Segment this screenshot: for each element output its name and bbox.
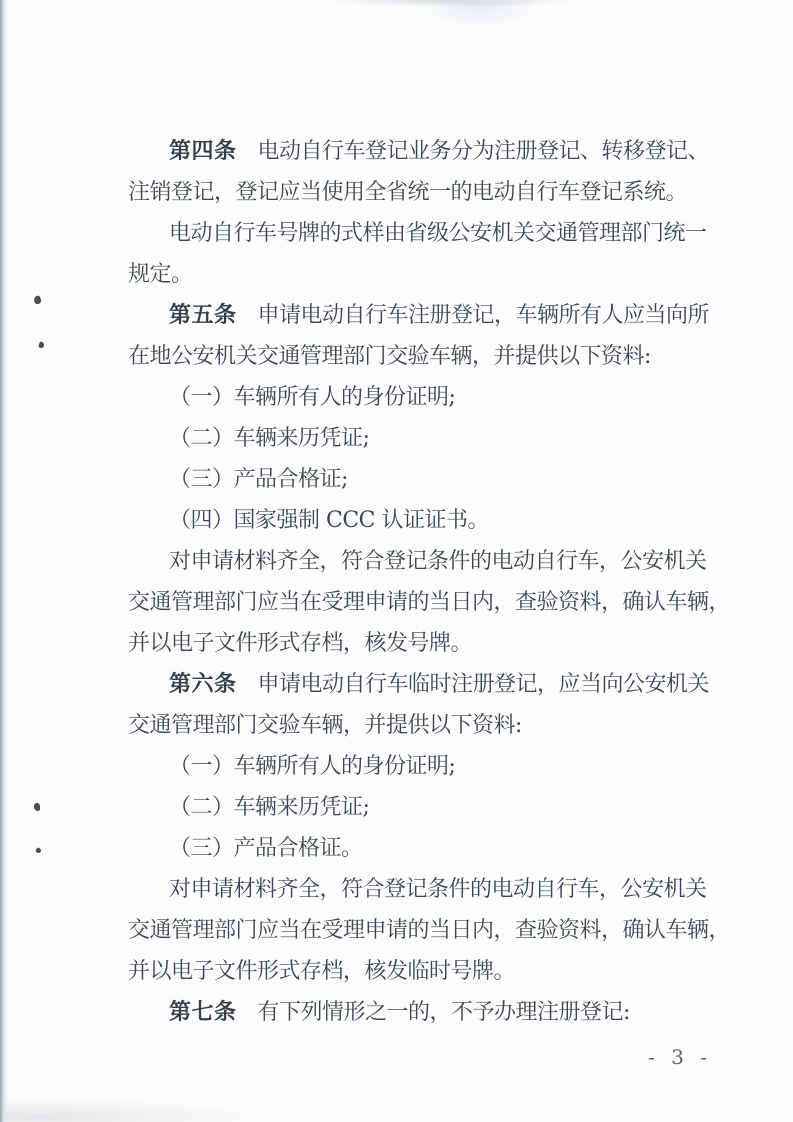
article-number: 第七条 [169, 1000, 237, 1025]
text-line: （一）车辆所有人的身份证明; [128, 746, 728, 787]
line-text: （三）产品合格证。 [169, 836, 363, 861]
text-line: 电动自行车号牌的式样由省级公安机关交通管理部门统一 [128, 213, 728, 254]
scan-smudge-bottom-left [0, 1098, 260, 1122]
line-text: 有下列情形之一的，不予办理注册登记: [258, 1000, 630, 1025]
text-line: 交通管理部门交验车辆，并提供以下资料: [128, 705, 728, 746]
article-number: 第五条 [169, 303, 237, 328]
line-text: （三）产品合格证; [169, 467, 348, 492]
line-text: （四）国家强制 CCC 认证证书。 [169, 508, 489, 533]
ink-speck [33, 803, 40, 812]
ink-speck [35, 847, 42, 854]
document-body: 第四条电动自行车登记业务分为注册登记、转移登记、 注销登记，登记应当使用全省统一… [128, 131, 728, 1033]
line-text: （一）车辆所有人的身份证明; [169, 385, 455, 410]
line-text: 电动自行车登记业务分为注册登记、转移登记、 [258, 139, 710, 164]
text-line: 第七条有下列情形之一的，不予办理注册登记: [128, 992, 728, 1033]
line-text: 交通管理部门应当在受理申请的当日内，查验资料，确认车辆， [128, 918, 730, 943]
text-line: （二）车辆来历凭证; [128, 787, 728, 828]
ink-speck [33, 295, 43, 305]
line-text: 电动自行车号牌的式样由省级公安机关交通管理部门统一 [169, 221, 707, 246]
text-line: 规定。 [128, 254, 728, 295]
line-text: 注销登记，登记应当使用全省统一的电动自行车登记系统。 [128, 180, 687, 205]
text-line: 交通管理部门应当在受理申请的当日内，查验资料，确认车辆， [128, 910, 728, 951]
text-line: 并以电子文件形式存档，核发临时号牌。 [128, 951, 728, 992]
line-text: （二）车辆来历凭证; [169, 426, 369, 451]
text-line: （二）车辆来历凭证; [128, 418, 728, 459]
line-text: 在地公安机关交通管理部门交验车辆，并提供以下资料: [128, 344, 651, 369]
article-number: 第六条 [169, 672, 237, 697]
text-line: 对申请材料齐全，符合登记条件的电动自行车，公安机关 [128, 541, 728, 582]
article-number: 第四条 [169, 139, 237, 164]
line-text: 规定。 [128, 262, 193, 287]
line-text: 对申请材料齐全，符合登记条件的电动自行车，公安机关 [169, 877, 707, 902]
scan-edge-shadow [0, 0, 8, 1122]
line-text: 申请电动自行车注册登记，车辆所有人应当向所 [258, 303, 710, 328]
line-text: 交通管理部门交验车辆，并提供以下资料: [128, 713, 522, 738]
text-line: 对申请材料齐全，符合登记条件的电动自行车，公安机关 [128, 869, 728, 910]
text-line: （一）车辆所有人的身份证明; [128, 377, 728, 418]
text-line: 第六条申请电动自行车临时注册登记，应当向公安机关 [128, 664, 728, 705]
ink-speck [38, 341, 44, 348]
text-line: 交通管理部门应当在受理申请的当日内，查验资料，确认车辆， [128, 582, 728, 623]
text-line: （四）国家强制 CCC 认证证书。 [128, 500, 728, 541]
line-text: （二）车辆来历凭证; [169, 795, 369, 820]
line-text: 交通管理部门应当在受理申请的当日内，查验资料，确认车辆， [128, 590, 730, 615]
text-line: （三）产品合格证。 [128, 828, 728, 869]
text-line: 第四条电动自行车登记业务分为注册登记、转移登记、 [128, 131, 728, 172]
scan-smudge-top-center [420, 2, 540, 28]
page-number: - 3 - [648, 1045, 748, 1069]
scanned-document-page: 第四条电动自行车登记业务分为注册登记、转移登记、 注销登记，登记应当使用全省统一… [0, 0, 793, 1122]
text-line: （三）产品合格证; [128, 459, 728, 500]
line-text: 对申请材料齐全，符合登记条件的电动自行车，公安机关 [169, 549, 707, 574]
line-text: 并以电子文件形式存档，核发临时号牌。 [128, 959, 515, 984]
text-line: 第五条申请电动自行车注册登记，车辆所有人应当向所 [128, 295, 728, 336]
line-text: 申请电动自行车临时注册登记，应当向公安机关 [258, 672, 710, 697]
line-text: 并以电子文件形式存档，核发号牌。 [128, 631, 472, 656]
text-line: 在地公安机关交通管理部门交验车辆，并提供以下资料: [128, 336, 728, 377]
text-line: 并以电子文件形式存档，核发号牌。 [128, 623, 728, 664]
line-text: （一）车辆所有人的身份证明; [169, 754, 455, 779]
text-line: 注销登记，登记应当使用全省统一的电动自行车登记系统。 [128, 172, 728, 213]
